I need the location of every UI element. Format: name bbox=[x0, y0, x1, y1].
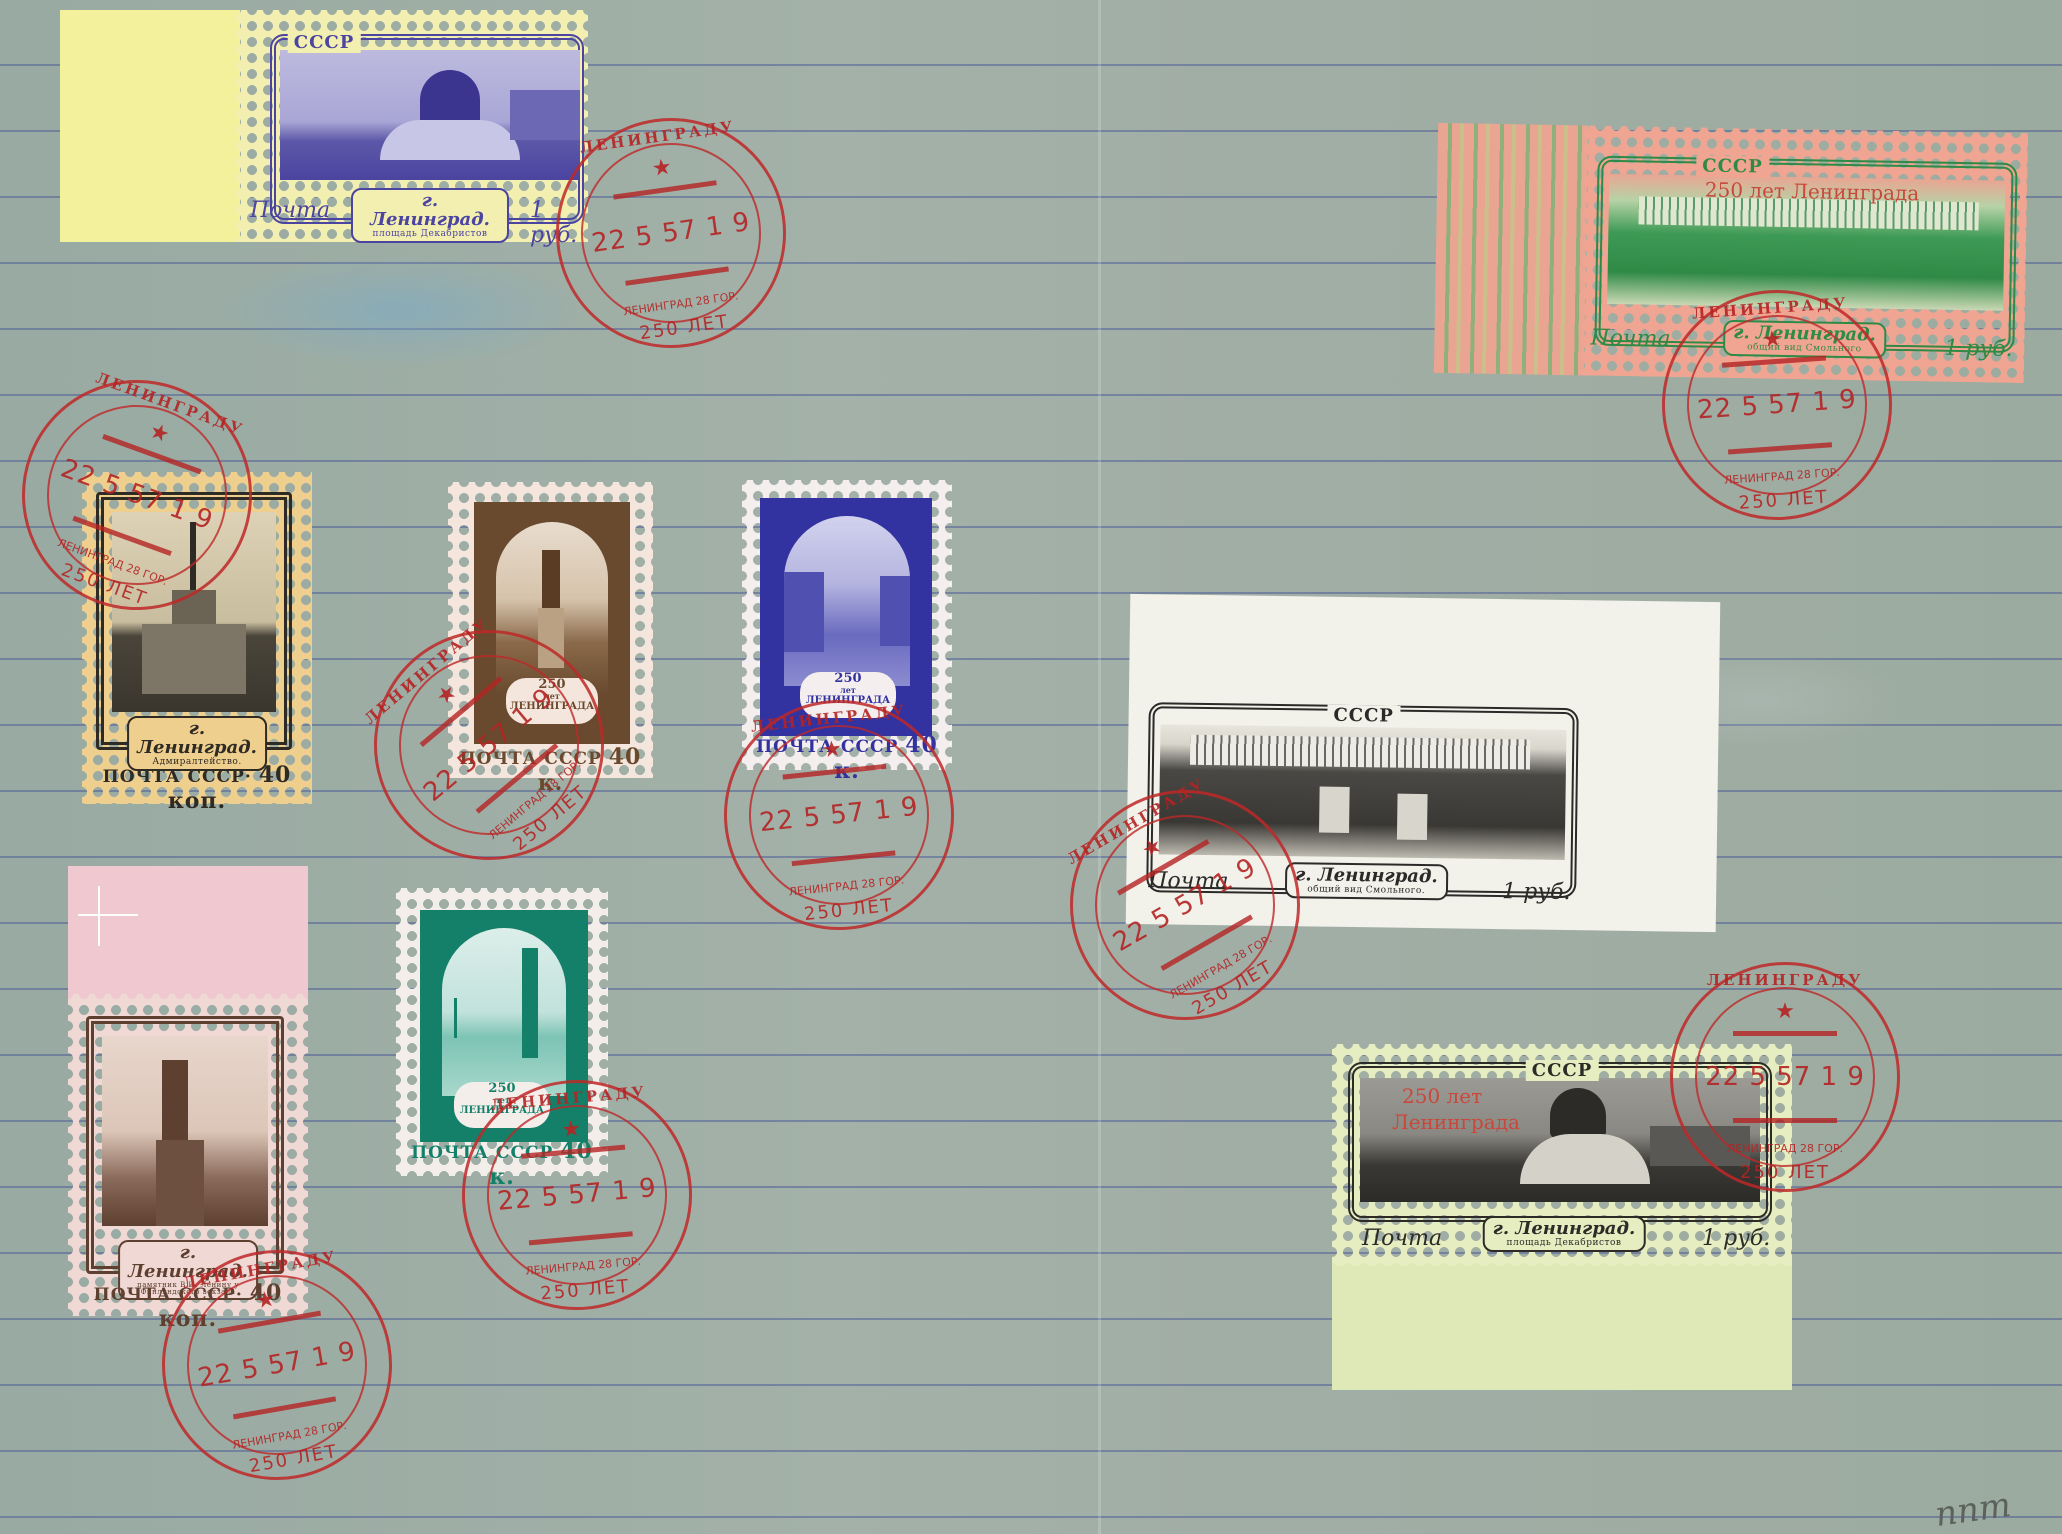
pochta-label: Почта bbox=[1362, 1226, 1442, 1251]
value-label: 1 руб. bbox=[1944, 336, 2013, 362]
scene-lenin-smolny bbox=[496, 522, 608, 694]
peter-paul-spire bbox=[454, 998, 457, 1038]
badge-let: лет bbox=[800, 686, 896, 695]
subtitle-label: общий вид Смольного. bbox=[1295, 885, 1438, 896]
stamp-nevsky-blue: 250 лет ЛЕНИНГРАДА ПОЧТА СССР 40 к. bbox=[742, 480, 952, 770]
bottom-text: ПОЧТА СССР 40 к. bbox=[448, 744, 653, 796]
propylaea-right bbox=[1397, 794, 1428, 840]
overprint-line-1: 250 лет bbox=[1402, 1084, 1482, 1108]
scene-bronze-horseman bbox=[280, 50, 580, 180]
stamp-rostral-column-green: 250 лет ЛЕНИНГРАДА ПОЧТА СССР 40 к. bbox=[396, 888, 608, 1176]
admiralty-gate bbox=[142, 624, 246, 694]
statue-pedestal bbox=[156, 1140, 204, 1226]
scene-lenin-monument bbox=[102, 1036, 268, 1226]
pochta-sssr-label: ПОЧТА СССР bbox=[411, 1143, 553, 1163]
thunder-stone bbox=[380, 120, 520, 160]
sheet-margin bbox=[68, 866, 308, 1000]
scene-admiralty bbox=[112, 512, 276, 712]
country-label: СССР bbox=[1696, 155, 1769, 177]
sheet-margin bbox=[1332, 1260, 1792, 1390]
admiralty-building bbox=[510, 90, 580, 140]
bottom-text: ПОЧТА СССР· 40 коп. bbox=[68, 1280, 308, 1332]
crop-mark bbox=[98, 886, 100, 946]
caption-box: г. Ленинград. общий вид Смольного. bbox=[1285, 862, 1448, 901]
stamp-admiralty-black: г. Ленинград. Адмиралтейство. ПОЧТА СССР… bbox=[82, 472, 312, 804]
lenin-statue bbox=[162, 1060, 188, 1140]
city-label: г. Ленинград. bbox=[361, 192, 499, 230]
sheet-margin-striped bbox=[1434, 123, 1588, 376]
badge-number: 250 bbox=[506, 678, 598, 692]
caption-box: г. Ленинград. общий вид Смольного bbox=[1723, 320, 1886, 359]
scene-rostral-column bbox=[442, 928, 566, 1096]
badge-city: ЛЕНИНГРАДА bbox=[506, 701, 598, 712]
country-label: СССР bbox=[1526, 1060, 1599, 1081]
horseman-statue bbox=[1550, 1088, 1606, 1138]
badge-number: 250 bbox=[454, 1082, 550, 1096]
pochta-sssr-label: ПОЧТА СССР· bbox=[103, 767, 252, 787]
caption-box: г. Ленинград. площадь Декабристов bbox=[1483, 1216, 1646, 1252]
pochta-label: Почта bbox=[1590, 326, 1671, 352]
overprint-line-2: Ленинграда bbox=[1392, 1110, 1520, 1134]
stamp-lenin-smolny-brown: 250 лет ЛЕНИНГРАДА ПОЧТА СССР 40 к. bbox=[448, 482, 653, 778]
scene-nevsky bbox=[784, 516, 910, 686]
anniversary-badge: 250 лет ЛЕНИНГРАДА bbox=[506, 678, 598, 724]
horseman-statue bbox=[420, 70, 480, 126]
smolny-building bbox=[1190, 735, 1530, 770]
bottom-text: ПОЧТА СССР 40 к. bbox=[742, 732, 952, 784]
propylaea-left bbox=[1319, 787, 1350, 833]
country-label: СССР bbox=[1327, 705, 1400, 727]
stamp-bronze-horseman-black-overprint: СССР 250 лет Ленинграда Почта г. Ленингр… bbox=[1332, 1044, 1792, 1390]
admiralty-tower bbox=[172, 590, 216, 626]
badge-city: ЛЕНИНГРАДА bbox=[454, 1105, 550, 1116]
badge-let: лет bbox=[506, 692, 598, 701]
street-buildings-right bbox=[880, 576, 910, 646]
pochta-label: Почта bbox=[250, 198, 330, 223]
statue-pedestal bbox=[538, 608, 564, 668]
city-label: г. Ленинград. bbox=[137, 720, 257, 758]
value-label: 1 руб. bbox=[1702, 1226, 1770, 1251]
pochta-sssr-label: ПОЧТА СССР bbox=[756, 737, 898, 757]
stamp-bronze-horseman-violet: СССР Почта г. Ленинград. площадь Декабри… bbox=[60, 10, 588, 242]
value-label: 1 руб. bbox=[530, 198, 588, 248]
bottom-text: ПОЧТА СССР· 40 коп. bbox=[82, 762, 312, 814]
pochta-sssr-label: ПОЧТА СССР· bbox=[94, 1285, 243, 1305]
city-label: г. Ленинград. bbox=[1493, 1220, 1636, 1239]
anniversary-badge: 250 лет ЛЕНИНГРАДА bbox=[454, 1082, 550, 1128]
crop-mark bbox=[78, 914, 138, 916]
subtitle-label: площадь Декабристов bbox=[1493, 1239, 1636, 1248]
paper-fold bbox=[1098, 0, 1101, 1534]
admiralty-spire bbox=[190, 522, 196, 592]
subtitle-label: общий вид Смольного bbox=[1733, 343, 1876, 355]
country-label: СССР bbox=[288, 32, 361, 53]
stamp-smolny-black: СССР Почта г. Ленинград. общий вид Смоль… bbox=[1126, 594, 1721, 932]
thunder-stone bbox=[1520, 1134, 1650, 1184]
bottom-text: ПОЧТА СССР 40 к. bbox=[396, 1138, 608, 1190]
rostral-column bbox=[522, 948, 538, 1058]
city-label: г. Ленинград. bbox=[128, 1244, 248, 1282]
caption-box: г. Ленинград. площадь Декабристов bbox=[351, 188, 509, 243]
pochta-label: Почта bbox=[1148, 868, 1228, 894]
sheet-margin bbox=[60, 10, 240, 242]
badge-city: ЛЕНИНГРАДА bbox=[800, 695, 896, 706]
badge-let: лет bbox=[454, 1096, 550, 1105]
anniversary-badge: 250 лет ЛЕНИНГРАДА bbox=[800, 672, 896, 718]
admiralty-building bbox=[1650, 1126, 1750, 1166]
lenin-statue bbox=[542, 550, 560, 610]
subtitle-label: площадь Декабристов bbox=[361, 230, 499, 239]
stamp-smolny-green-overprint: СССР 250 лет Ленинграда Почта г. Ленингр… bbox=[1434, 123, 2028, 383]
street-buildings-left bbox=[784, 572, 824, 652]
value-label: 1 руб. bbox=[1502, 879, 1571, 905]
badge-number: 250 bbox=[800, 672, 896, 686]
scene-smolny bbox=[1159, 724, 1567, 860]
pochta-sssr-label: ПОЧТА СССР bbox=[460, 749, 602, 769]
stamp-lenin-finland-station: г. Ленинград. памятник В.И. Ленину у Фин… bbox=[68, 866, 308, 1316]
